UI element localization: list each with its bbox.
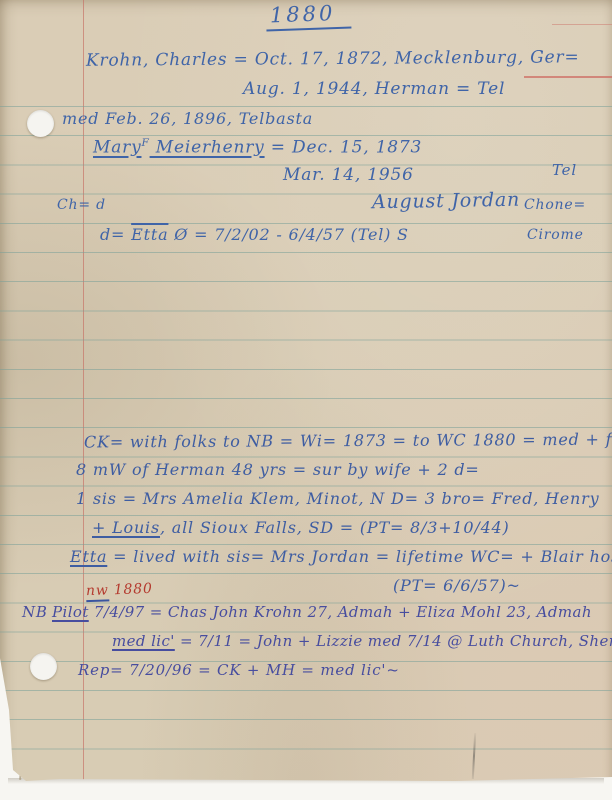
handwritten-line-death-date: Aug. 1, 1944, Herman = Tel bbox=[243, 80, 505, 99]
mary-birth-date: = Dec. 15, 1873 bbox=[265, 138, 423, 158]
handwritten-line-marriage-license: med lic' = 7/11 = John + Lizzie med 7/14… bbox=[112, 633, 612, 650]
handwritten-line-krohn-charles: Krohn, Charles = Oct. 17, 1872, Mecklenb… bbox=[86, 48, 580, 70]
meierhenry-name: Meierhenry bbox=[150, 138, 265, 158]
handwritten-line-pilot-newspaper: Pilot 7/4/97 = Chas John Krohn 27, Admah… bbox=[52, 604, 592, 621]
page-title: 1880 bbox=[266, 2, 352, 32]
handwritten-line-marriage-date: med Feb. 26, 1896, Telbasta bbox=[62, 110, 313, 128]
mary-name: Mary bbox=[93, 138, 141, 158]
handwritten-line-siblings: 1 sis = Mrs Amelia Klem, Minot, N D= 3 b… bbox=[76, 490, 599, 508]
mary-superscript: F bbox=[141, 137, 149, 149]
sioux-falls-text: , all Sioux Falls, SD = bbox=[160, 518, 360, 537]
etta-dates: Ø = 7/2/02 - 6/4/57 (Tel) S bbox=[168, 225, 408, 244]
hole-punch-bottom bbox=[30, 653, 57, 680]
handwritten-line-ck-folks: CK= with folks to NB = Wi= 1873 = to WC … bbox=[84, 431, 612, 452]
right-note-chone: Chone= bbox=[524, 198, 586, 213]
red-annotation-year: 1880 bbox=[108, 581, 153, 599]
handwritten-line-august-jordan: August Jordan bbox=[372, 190, 520, 213]
etta-underlined: Etta bbox=[70, 547, 107, 566]
hole-punch-top bbox=[27, 110, 54, 137]
handwritten-line-republican-newspaper: Rep= 7/20/96 = CK + MH = med lic'~ bbox=[78, 662, 400, 679]
pt-reference-1944: (PT= 8/3+10/44) bbox=[360, 518, 510, 537]
red-annotation-1880: nw 1880 bbox=[86, 582, 153, 600]
right-note-tel: Tel bbox=[552, 162, 577, 179]
pt-reference-1957: (PT= 6/6/57)~ bbox=[393, 577, 521, 595]
handwritten-line-mary-death-date: Mar. 14, 1956 bbox=[283, 166, 414, 185]
red-annotation-nw: nw bbox=[86, 582, 109, 602]
page-title-text: 1880 bbox=[266, 2, 352, 32]
handwritten-line-mary-meierhenry: MaryF Meierhenry = Dec. 15, 1873 bbox=[93, 138, 422, 157]
med-lic-text: = 7/11 = John + Lizzie med 7/14 @ Luth C… bbox=[175, 632, 612, 650]
etta-name-struck: Etta bbox=[131, 225, 168, 244]
red-header-rule-2 bbox=[524, 76, 612, 78]
right-note-cirome: Cirome bbox=[527, 228, 584, 243]
louis-name: + Louis bbox=[92, 518, 160, 537]
handwritten-line-etta: d= Etta Ø = 7/2/02 - 6/4/57 (Tel) S bbox=[100, 226, 409, 244]
handwritten-line-louis-sioux-falls: + Louis, all Sioux Falls, SD = (PT= 8/3+… bbox=[92, 519, 510, 537]
scanned-notebook-page: 1880 Krohn, Charles = Oct. 17, 1872, Mec… bbox=[0, 0, 612, 800]
etta-lived-text: = lived with sis= Mrs Jordan = lifetime … bbox=[107, 547, 612, 566]
ledger-paper: 1880 Krohn, Charles = Oct. 17, 1872, Mec… bbox=[0, 0, 612, 800]
pilot-name: Pilot bbox=[52, 603, 89, 621]
handwritten-line-etta-lived: Etta = lived with sis= Mrs Jordan = life… bbox=[70, 548, 612, 566]
margin-nb-label: NB bbox=[22, 604, 48, 621]
med-lic-underlined: med lic' bbox=[112, 632, 175, 650]
red-header-rule-1 bbox=[552, 24, 612, 25]
etta-prefix: d= bbox=[100, 225, 131, 244]
handwritten-line-ch-d: Ch= d bbox=[57, 198, 106, 213]
handwritten-line-herman-farm: 8 mW of Herman 48 yrs = sur by wife + 2 … bbox=[76, 461, 480, 479]
pilot-text: 7/4/97 = Chas John Krohn 27, Admah + Eli… bbox=[89, 603, 592, 621]
